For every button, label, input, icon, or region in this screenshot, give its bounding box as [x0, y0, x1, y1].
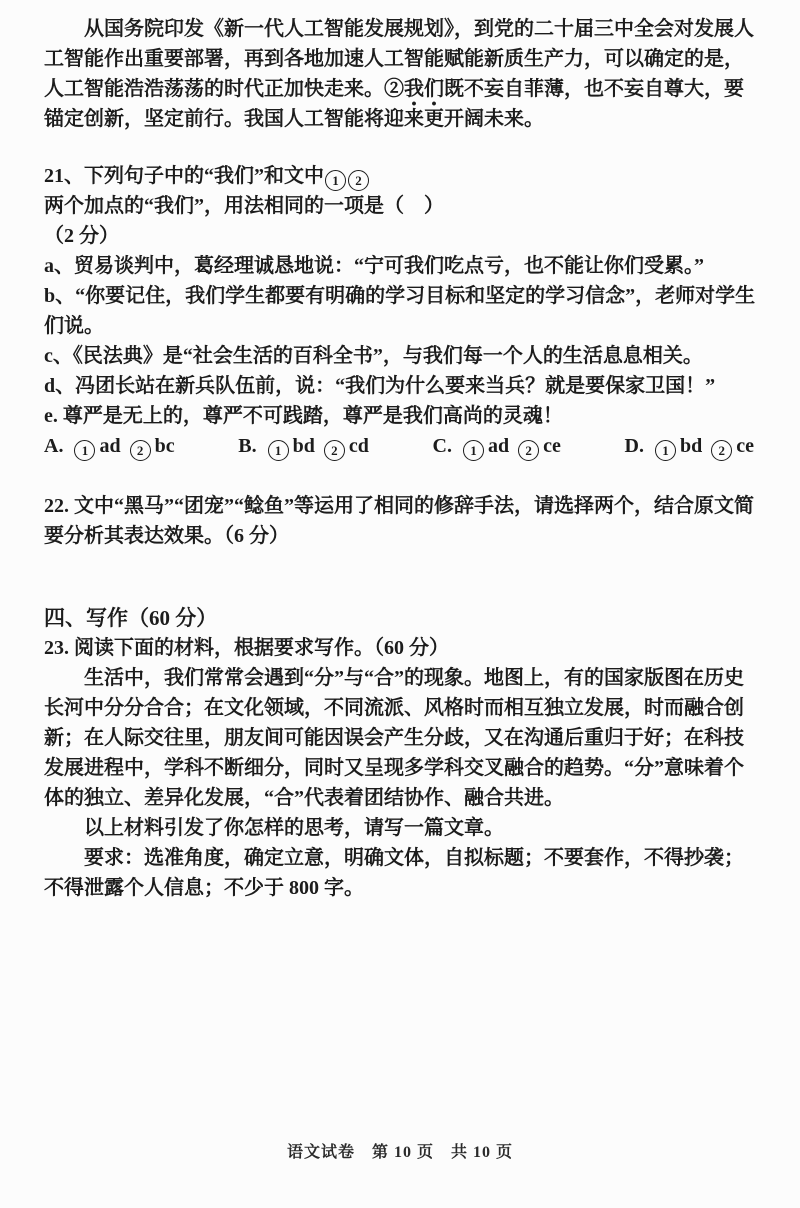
answer-choice-d-label: D.: [625, 435, 644, 457]
question-22: 22. 文中“黑马”“团宠”“鲶鱼”等运用了相同的修辞手法，请选择两个，结合原文…: [44, 491, 760, 551]
circled-number-1-icon: 1: [655, 440, 676, 461]
section-4-heading: 四、写作（60 分）: [44, 603, 760, 633]
circled-number-1-icon: 1: [74, 440, 95, 461]
answer-choice-d-part2: ce: [736, 435, 754, 457]
question-21-stem-post: 两个加点的“我们”，用法相同的一项是（ ）: [44, 195, 444, 217]
page-footer: 语文试卷 第 10 页 共 10 页: [0, 1139, 800, 1162]
answer-choice-a: A.1ad2bc: [44, 431, 175, 461]
circled-number-2-icon: 2: [324, 440, 345, 461]
answer-choice-a-label: A.: [44, 435, 63, 457]
answer-choice-c-part2: ce: [543, 435, 561, 457]
question-21-option-b: b、“你要记住，我们学生都要有明确的学习目标和坚定的学习信念”，老师对学生们说。: [44, 281, 760, 341]
question-21-score: （2 分）: [44, 221, 760, 251]
question-21: 21、下列句子中的“我们”和文中12两个加点的“我们”，用法相同的一项是（ ） …: [44, 161, 760, 461]
question-23: 23. 阅读下面的材料，根据要求写作。（60 分）: [44, 633, 760, 663]
answer-choice-c-label: C.: [433, 435, 452, 457]
question-21-answer-choices: A.1ad2bc B.1bd2cd C.1ad2ce D.1bd2ce: [44, 431, 760, 461]
question-21-stem: 21、下列句子中的“我们”和文中12两个加点的“我们”，用法相同的一项是（ ）: [44, 161, 760, 221]
answer-choice-a-part1: ad: [99, 435, 120, 457]
page-content: 从国务院印发《新一代人工智能发展规划》，到党的二十届三中全会对发展人工智能作出重…: [0, 0, 800, 903]
essay-prompt: 以上材料引发了你怎样的思考，请写一篇文章。: [44, 813, 760, 843]
answer-choice-c: C.1ad2ce: [433, 431, 561, 461]
emphasized-word: 我们: [404, 78, 444, 106]
circled-number-2-icon: 2: [518, 440, 539, 461]
circled-number-1-icon: 1: [325, 170, 346, 191]
circled-number-2-icon: 2: [130, 440, 151, 461]
answer-choice-d: D.1bd2ce: [625, 431, 754, 461]
answer-choice-d-part1: bd: [680, 435, 702, 457]
answer-choice-b-part2: cd: [349, 435, 369, 457]
question-21-stem-pre: 21、下列句子中的“我们”和文中: [44, 165, 324, 187]
circled-number-1-icon: 1: [268, 440, 289, 461]
circled-number-1-icon: 1: [463, 440, 484, 461]
circled-number-2-icon: 2: [348, 170, 369, 191]
question-21-option-a: a、贸易谈判中，葛经理诚恳地说：“宁可我们吃点亏，也不能让你们受累。”: [44, 251, 760, 281]
answer-choice-b-label: B.: [238, 435, 256, 457]
question-21-option-d: d、冯团长站在新兵队伍前，说：“我们为什么要来当兵？就是要保家卫国！”: [44, 371, 760, 401]
circled-number-2-icon: 2: [711, 440, 732, 461]
intro-paragraph: 从国务院印发《新一代人工智能发展规划》，到党的二十届三中全会对发展人工智能作出重…: [44, 14, 760, 134]
question-21-option-e: e. 尊严是无上的，尊严不可践踏，尊严是我们高尚的灵魂！: [44, 401, 760, 431]
answer-choice-b-part1: bd: [293, 435, 315, 457]
exam-paper-page: 从国务院印发《新一代人工智能发展规划》，到党的二十届三中全会对发展人工智能作出重…: [0, 0, 800, 1208]
answer-choice-a-part2: bc: [155, 435, 175, 457]
essay-requirements: 要求：选准角度，确定立意，明确文体，自拟标题；不要套作，不得抄袭；不得泄露个人信…: [44, 843, 760, 903]
question-21-option-c: c、《民法典》是“社会生活的百科全书”，与我们每一个人的生活息息相关。: [44, 341, 760, 371]
answer-choice-b: B.1bd2cd: [238, 431, 369, 461]
answer-choice-c-part1: ad: [488, 435, 509, 457]
essay-material-paragraph: 生活中，我们常常会遇到“分”与“合”的现象。地图上，有的国家版图在历史长河中分分…: [44, 663, 760, 813]
